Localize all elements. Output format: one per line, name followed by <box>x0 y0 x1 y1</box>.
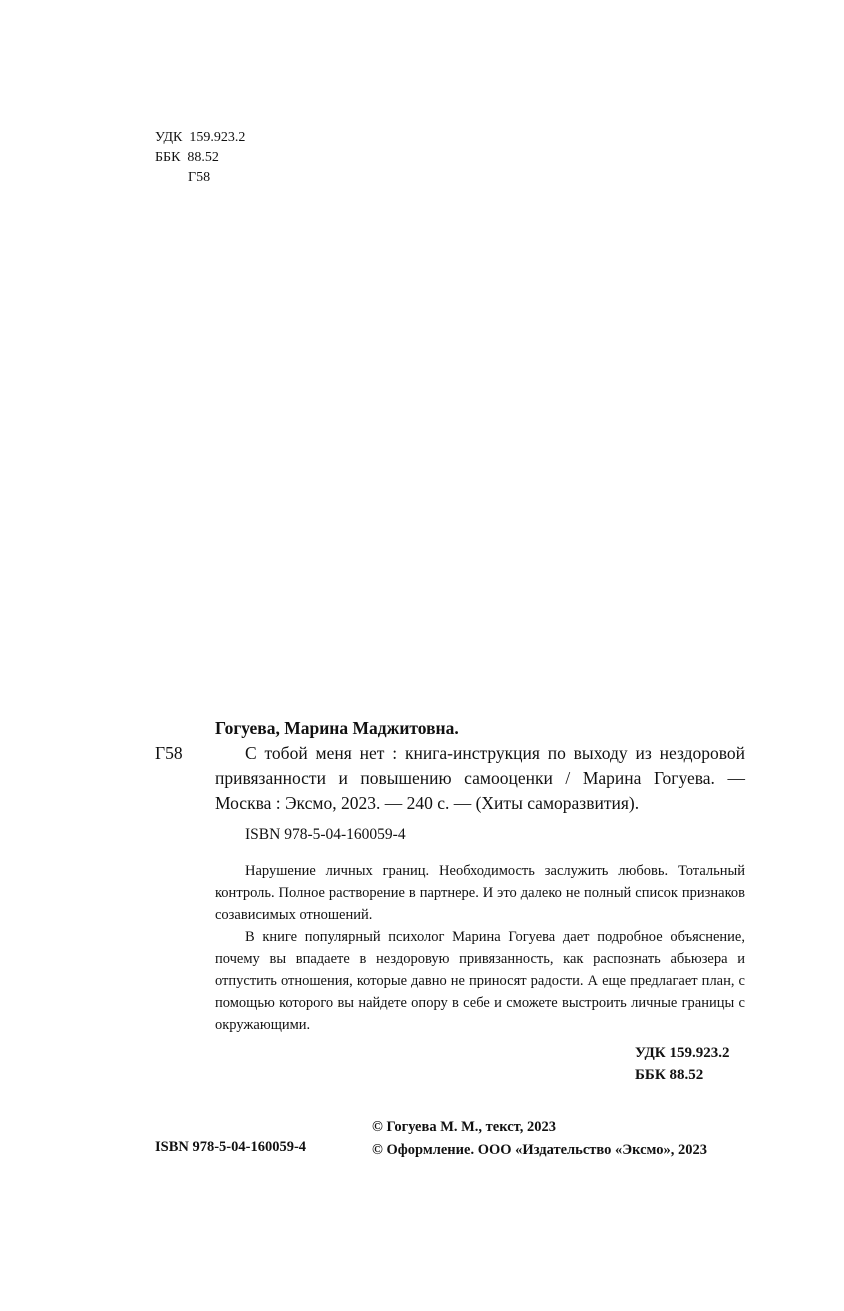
annotation: Нарушение личных границ. Необходимость з… <box>215 860 745 1036</box>
copyright-block: © Гогуева М. М., текст, 2023 © Оформлени… <box>372 1116 707 1162</box>
annotation-paragraph: В книге популярный психолог Марина Гогуе… <box>215 926 745 1036</box>
author-sign: Г58 <box>155 168 245 188</box>
udk-code-bold: УДК 159.923.2 <box>635 1042 729 1064</box>
bibliographic-entry: Гогуева, Марина Маджитовна. Г58 С тобой … <box>155 716 745 816</box>
bottom-classification-codes: УДК 159.923.2 ББК 88.52 <box>635 1042 729 1086</box>
footer-isbn: ISBN 978-5-04-160059-4 <box>155 1139 306 1156</box>
entry-isbn: ISBN 978-5-04-160059-4 <box>245 826 406 844</box>
copyright-text: © Гогуева М. М., текст, 2023 <box>372 1116 707 1139</box>
author-name: Гогуева, Марина Маджитовна. <box>155 716 745 741</box>
copyright-design: © Оформление. ООО «Издательство «Эксмо»,… <box>372 1139 707 1162</box>
bbk-code: ББК 88.52 <box>155 148 245 168</box>
top-classification-codes: УДК 159.923.2 ББК 88.52 Г58 <box>155 128 245 188</box>
udk-code: УДК 159.923.2 <box>155 128 245 148</box>
bbk-code-bold: ББК 88.52 <box>635 1064 729 1086</box>
annotation-paragraph: Нарушение личных границ. Необходимость з… <box>215 860 745 926</box>
entry-description: С тобой меня нет : книга-инструкция по в… <box>155 741 745 816</box>
entry-author-sign: Г58 <box>155 741 183 766</box>
